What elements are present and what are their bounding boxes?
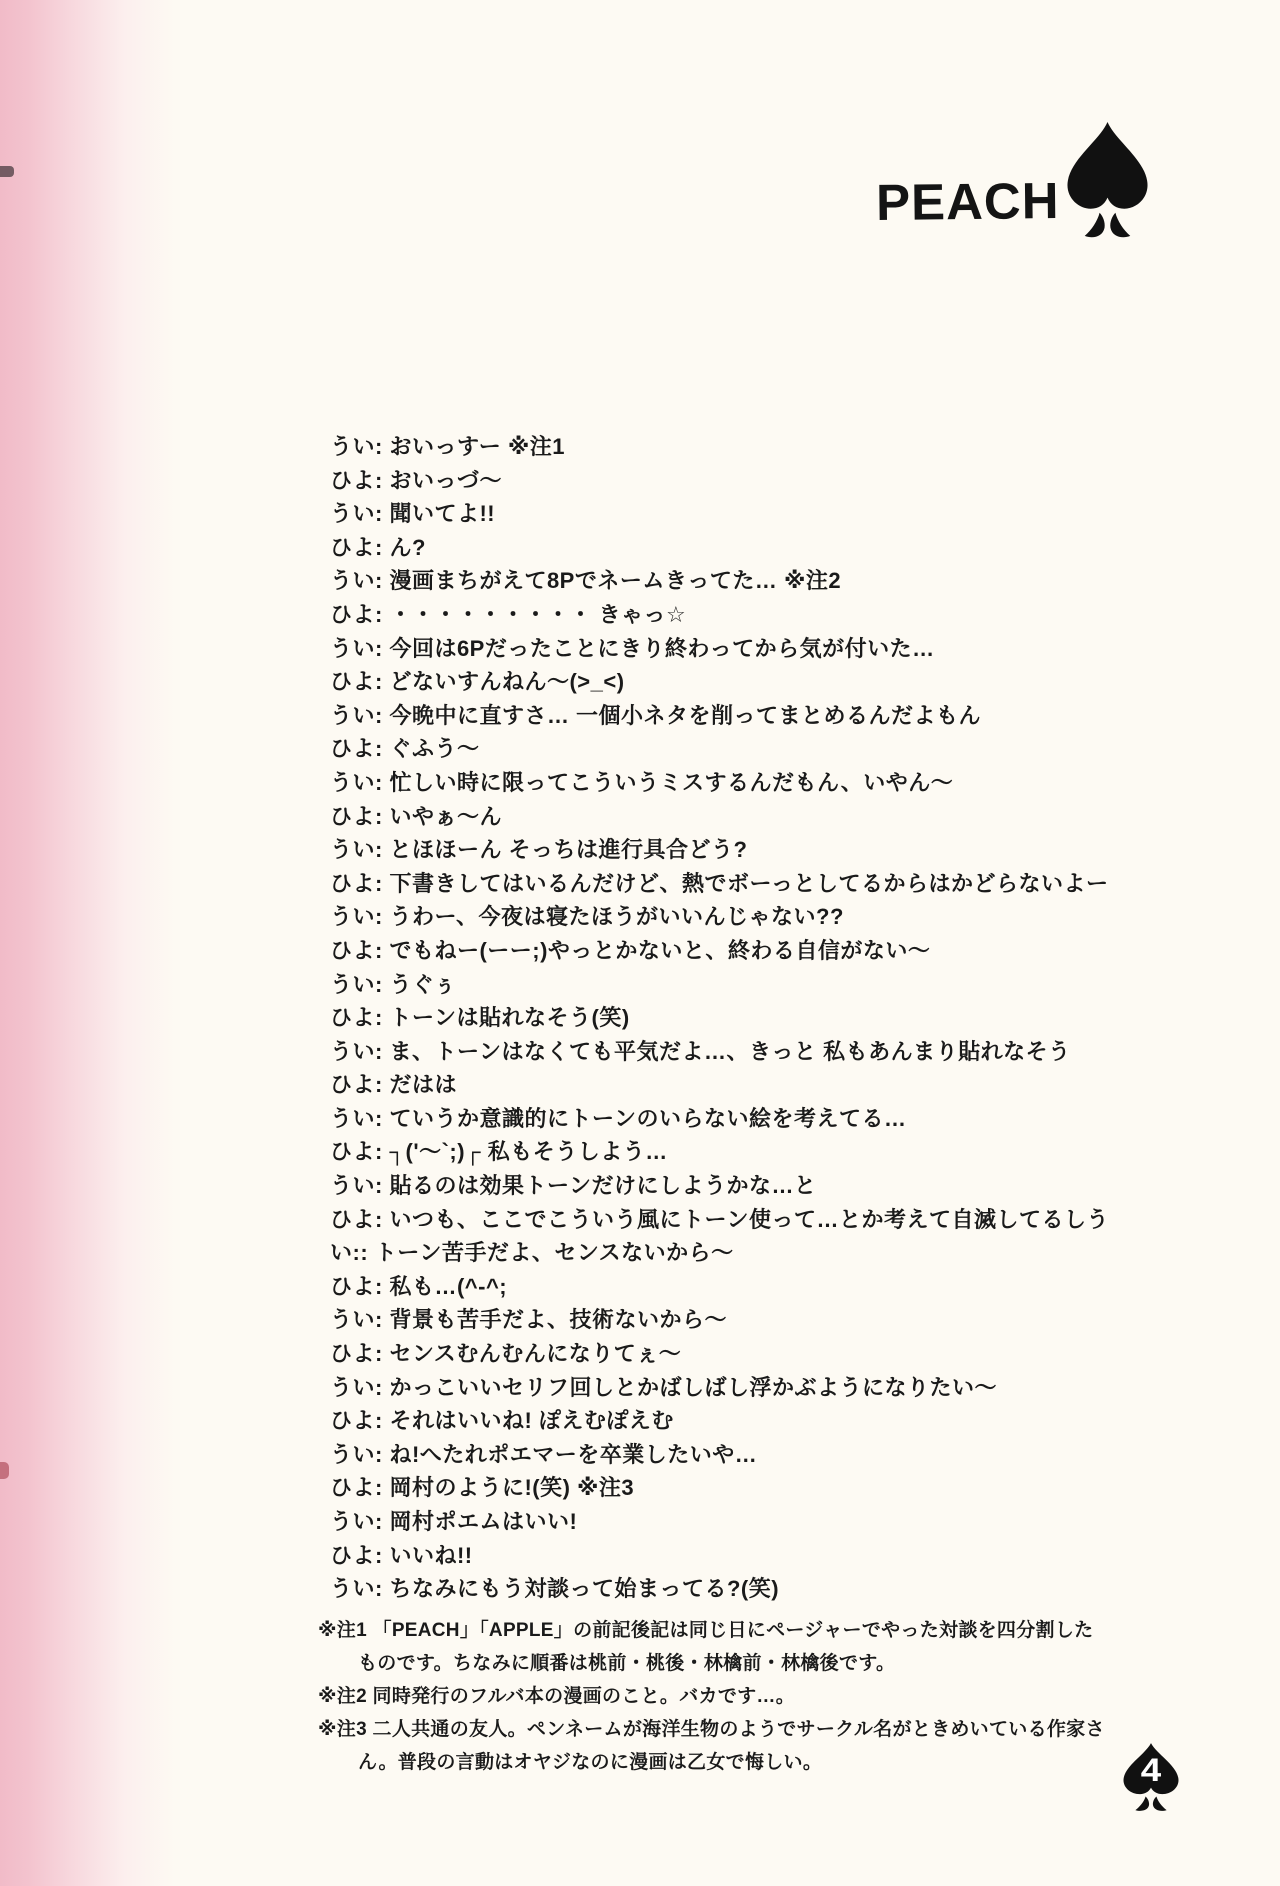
dialogue-line: ひよ: どないすんねん～(>_<) <box>330 665 1109 699</box>
dialogue-line: ひよ: おいっづ～ <box>330 464 1109 498</box>
footnote-line: ものです。ちなみに順番は桃前・桃後・林檎前・林檎後です。 <box>318 1647 1105 1680</box>
dialogue-line: うい: 忙しい時に限ってこういうミスするんだもん、いやん～ <box>330 766 1109 800</box>
dialogue-line: うい: 背景も苦手だよ、技術ないから～ <box>330 1303 1109 1337</box>
dialogue-line: い:: トーン苦手だよ、センスないから～ <box>330 1236 1109 1270</box>
page-title: PEACH <box>876 171 1060 232</box>
dialogue-line: ひよ: いいね!! <box>330 1539 1109 1573</box>
dialogue-line: うい: 今晩中に直すさ… 一個小ネタを削ってまとめるんだよもん <box>330 699 1109 733</box>
spade-icon <box>1058 120 1157 246</box>
footnote-line: ん。普段の言動はオヤジなのに漫画は乙女で悔しい。 <box>318 1746 1105 1779</box>
page-number: 4 <box>1141 1753 1161 1788</box>
dialogue-line: ひよ: センスむんむんになりてぇ～ <box>330 1337 1109 1371</box>
dialogue-line: ひよ: 岡村のように!(笑) ※注3 <box>330 1471 1109 1505</box>
footnote-line: ※注1 「PEACH」「APPLE」の前記後記は同じ日にページャーでやった対談を… <box>318 1614 1105 1647</box>
scan-artifact <box>0 166 14 177</box>
dialogue-line: うい: 今回は6Pだったことにきり終わってから気が付いた… <box>330 632 1109 666</box>
dialogue-line: うい: 聞いてよ!! <box>330 497 1109 531</box>
dialogue-line: ひよ: でもねー(ーー;)やっとかないと、終わる自信がない～ <box>330 934 1109 968</box>
page-number-spade-icon: 4 <box>1117 1742 1185 1816</box>
dialogue-line: うい: とほほーん そっちは進行具合どう? <box>330 833 1109 867</box>
footnote-line: ※注2 同時発行のフルバ本の漫画のこと。バカです…。 <box>318 1680 1105 1713</box>
dialogue-line: ひよ: 私も…(^-^; <box>330 1270 1109 1304</box>
dialogue-line: ひよ: トーンは貼れなそう(笑) <box>330 1001 1109 1035</box>
spade-icon: 4 <box>1117 1742 1185 1816</box>
footnotes: ※注1 「PEACH」「APPLE」の前記後記は同じ日にページャーでやった対談を… <box>318 1614 1105 1779</box>
dialogue-line: うい: うわー、今夜は寝たほうがいいんじゃない?? <box>330 900 1109 934</box>
dialogue-line: うい: ていうか意識的にトーンのいらない絵を考えてる… <box>330 1102 1109 1136</box>
dialogue-line: ひよ: ┐('～`;)┌ 私もそうしよう… <box>330 1135 1109 1169</box>
dialogue-line: ひよ: いやぁ～ん <box>330 800 1109 834</box>
dialogue-line: うい: 漫画まちがえて8Pでネームきってた… ※注2 <box>330 564 1109 598</box>
footnote-line: ※注3 二人共通の友人。ペンネームが海洋生物のようでサークル名がときめいている作… <box>318 1713 1105 1746</box>
dialogue-line: うい: ね!へたれポエマーを卒業したいや… <box>330 1438 1109 1472</box>
dialogue-line: うい: うぐぅ <box>330 968 1109 1002</box>
dialogue-line: うい: かっこいいセリフ回しとかばしばし浮かぶようになりたい～ <box>330 1371 1109 1405</box>
dialogue-line: ひよ: ・・・・・・・・・ きゃっ☆ <box>330 598 1109 632</box>
scan-artifact <box>0 1462 9 1479</box>
dialogue-line: うい: ちなみにもう対談って始まってる?(笑) <box>330 1572 1109 1606</box>
dialogue-line: ひよ: 下書きしてはいるんだけど、熱でボーっとしてるからはかどらないよー <box>330 867 1109 901</box>
dialogue-line: うい: おいっすー ※注1 <box>330 430 1109 464</box>
dialogue-line: ひよ: だはは <box>330 1068 1109 1102</box>
dialogue-transcript: うい: おいっすー ※注1ひよ: おいっづ～うい: 聞いてよ!!ひよ: ん?うい… <box>330 430 1109 1606</box>
dialogue-line: ひよ: いつも、ここでこういう風にトーン使って…とか考えて自滅してるしう <box>330 1203 1109 1237</box>
dialogue-line: うい: ま、トーンはなくても平気だよ…、きっと 私もあんまり貼れなそう <box>330 1035 1109 1069</box>
dialogue-line: うい: 岡村ポエムはいい! <box>330 1505 1109 1539</box>
dialogue-line: ひよ: それはいいね! ぽえむぽえむ <box>330 1404 1109 1438</box>
dialogue-line: うい: 貼るのは効果トーンだけにしようかな…と <box>330 1169 1109 1203</box>
dialogue-line: ひよ: ん? <box>330 531 1109 565</box>
scanned-page: PEACH うい: おいっすー ※注1ひよ: おいっづ～うい: 聞いてよ!!ひよ… <box>0 0 1280 1886</box>
dialogue-line: ひよ: ぐふう～ <box>330 732 1109 766</box>
